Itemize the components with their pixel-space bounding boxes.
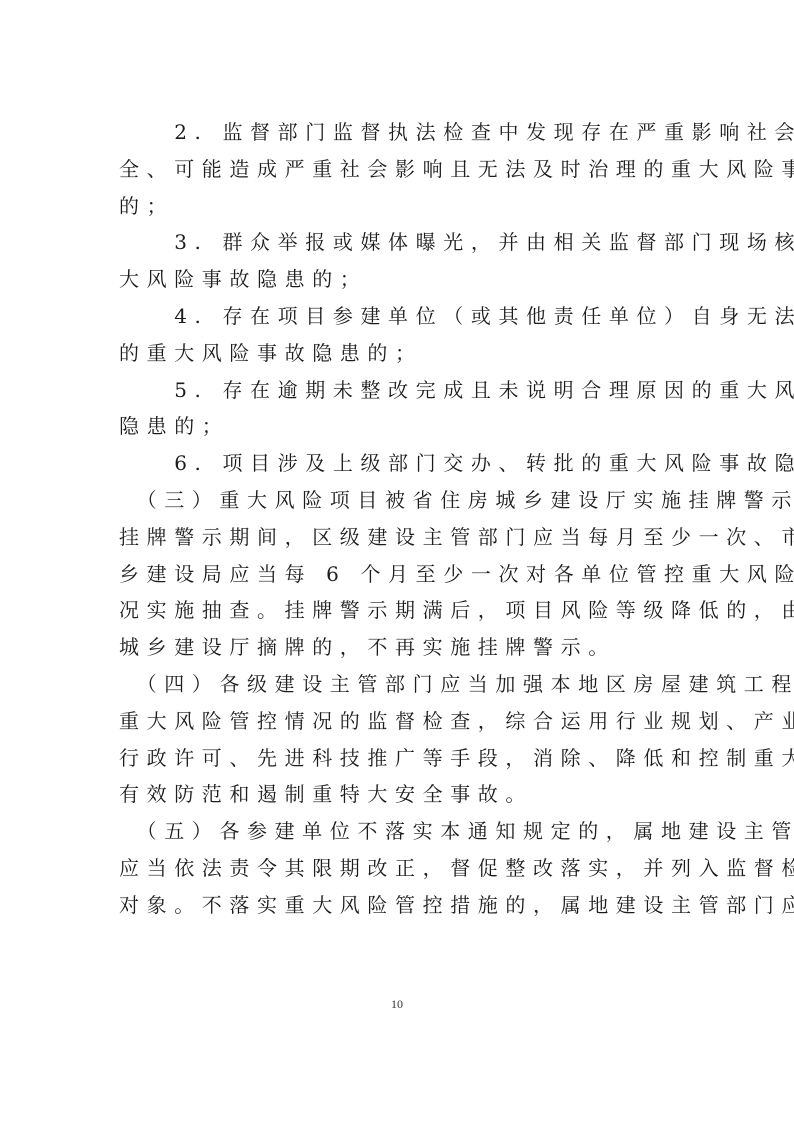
- text-line: 2. 监督部门监督执法检查中发现存在严重影响社会公共安: [119, 114, 679, 151]
- text-line: 城乡建设厅摘牌的，不再实施挂牌警示。: [119, 629, 679, 666]
- document-page: 2. 监督部门监督执法检查中发现存在严重影响社会公共安 全、可能造成严重社会影响…: [0, 0, 794, 1122]
- text-line: 隐患的；: [119, 408, 679, 445]
- text-line: 乡建设局应当每 6 个月至少一次对各单位管控重大风险项目情: [119, 556, 679, 593]
- text-line: 大风险事故隐患的；: [119, 261, 679, 298]
- text-line: 应当依法责令其限期改正，督促整改落实，并列入监督检查重点: [119, 850, 679, 887]
- section-3-paragraph: （三）重大风险项目被省住房城乡建设厅实施挂牌警示的， 挂牌警示期间，区级建设主管…: [119, 482, 679, 666]
- text-line: 况实施抽查。挂牌警示期满后，项目风险等级降低的，由省住房: [119, 592, 679, 629]
- text-line: （五）各参建单位不落实本通知规定的，属地建设主管部门: [119, 813, 679, 850]
- text-line: 对象。不落实重大风险管控措施的，属地建设主管部门应当约谈: [119, 887, 679, 924]
- text-line: （三）重大风险项目被省住房城乡建设厅实施挂牌警示的，: [119, 482, 679, 519]
- list-item-4: 4. 存在项目参建单位（或其他责任单位）自身无法及时治理 的重大风险事故隐患的；: [119, 298, 679, 372]
- text-line: 的重大风险事故隐患的；: [119, 335, 679, 372]
- text-line: 重大风险管控情况的监督检查，综合运用行业规划、产业政策、: [119, 703, 679, 740]
- section-4-paragraph: （四）各级建设主管部门应当加强本地区房屋建筑工程领域 重大风险管控情况的监督检查…: [119, 666, 679, 813]
- section-5-paragraph: （五）各参建单位不落实本通知规定的，属地建设主管部门 应当依法责令其限期改正，督…: [119, 813, 679, 923]
- page-number: 10: [0, 997, 794, 1012]
- text-line: 的；: [119, 188, 679, 225]
- list-item-5: 5. 存在逾期未整改完成且未说明合理原因的重大风险事故 隐患的；: [119, 372, 679, 446]
- text-line: 有效防范和遏制重特大安全事故。: [119, 776, 679, 813]
- list-item-2: 2. 监督部门监督执法检查中发现存在严重影响社会公共安 全、可能造成严重社会影响…: [119, 114, 679, 224]
- text-line: 4. 存在项目参建单位（或其他责任单位）自身无法及时治理: [119, 298, 679, 335]
- text-line: 全、可能造成严重社会影响且无法及时治理的重大风险事故隐患: [119, 151, 679, 188]
- list-item-6: 6. 项目涉及上级部门交办、转批的重大风险事故隐患的。: [119, 445, 679, 482]
- text-line: （四）各级建设主管部门应当加强本地区房屋建筑工程领域: [119, 666, 679, 703]
- text-line: 3. 群众举报或媒体曝光，并由相关监督部门现场核实存在重: [119, 224, 679, 261]
- text-line: 行政许可、先进科技推广等手段，消除、降低和控制重大风险，: [119, 740, 679, 777]
- text-line: 6. 项目涉及上级部门交办、转批的重大风险事故隐患的。: [119, 445, 679, 482]
- document-body: 2. 监督部门监督执法检查中发现存在严重影响社会公共安 全、可能造成严重社会影响…: [119, 114, 679, 924]
- text-line: 5. 存在逾期未整改完成且未说明合理原因的重大风险事故: [119, 372, 679, 409]
- list-item-3: 3. 群众举报或媒体曝光，并由相关监督部门现场核实存在重 大风险事故隐患的；: [119, 224, 679, 298]
- text-line: 挂牌警示期间，区级建设主管部门应当每月至少一次、市住房城: [119, 519, 679, 556]
